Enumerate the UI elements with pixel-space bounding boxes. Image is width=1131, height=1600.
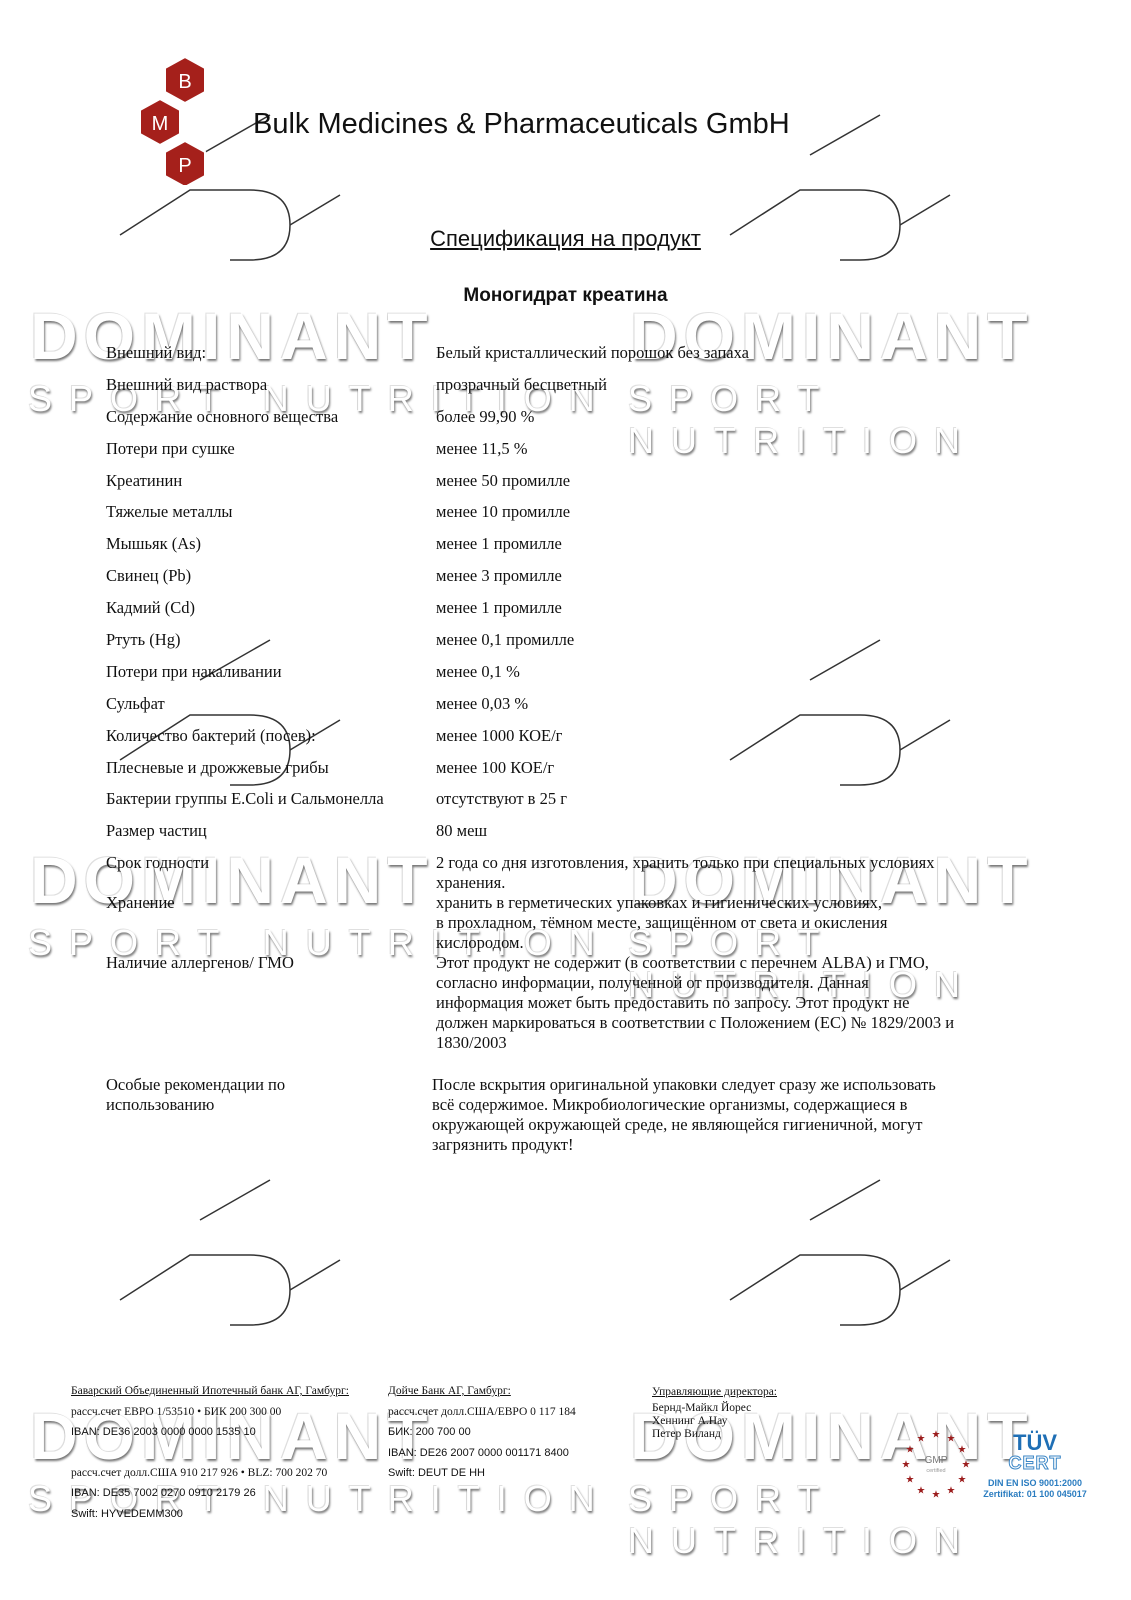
spec-label: Наличие аллергенов/ ГМО (106, 953, 436, 1053)
spec-value: менее 1 промилле (436, 534, 1046, 566)
tuv-cert-badge: TÜV CERT DIN EN ISO 9001:2000 Zertifikat… (980, 1432, 1090, 1500)
svg-text:★: ★ (947, 1485, 956, 1496)
spec-label: Особые рекомендации поиспользованию (106, 1075, 436, 1155)
spec-value-line: кислородом. (436, 933, 1046, 953)
spec-value: более 99,90 % (436, 407, 1046, 439)
directors-block: Управляющие директора: Бернд-Майкл Йорес… (652, 1386, 777, 1441)
bank2-account: рассч.счет долл.США/ЕВРО 0 117 184 (388, 1402, 576, 1423)
bank1-account-eur: рассч.счет ЕВРО 1/53510 • БИК 200 300 00 (71, 1402, 349, 1423)
spec-row: Размер частиц80 меш (106, 821, 1046, 853)
spec-value: Этот продукт не содержит (в соответствии… (436, 953, 1046, 1053)
spec-value-line: Этот продукт не содержит (в соответствии… (436, 953, 1046, 973)
spec-row: Тяжелые металлыменее 10 промилле (106, 502, 1046, 534)
spec-value-line: в прохладном, тёмном месте, защищённом о… (436, 913, 1046, 933)
document-title: Спецификация на продукт (0, 226, 1131, 252)
spec-value: менее 0,1 % (436, 662, 1046, 694)
gmp-sub: certified (926, 1468, 945, 1474)
gmp-certified-badge: ★★★★★★★★★★★★ GMP certified (896, 1424, 976, 1504)
directors-title: Управляющие директора: (652, 1386, 777, 1399)
spec-value-line: хранить в герметических упаковках и гиги… (436, 893, 1046, 913)
spec-label: Ртуть (Hg) (106, 630, 436, 662)
spec-label: Креатинин (106, 471, 436, 503)
spec-row: Внешний вид:Белый кристаллический порошо… (106, 343, 1046, 375)
spec-row: Плесневые и дрожжевые грибыменее 100 КОЕ… (106, 758, 1046, 790)
spec-label: Количество бактерий (посев): (106, 726, 436, 758)
spec-row-multiline: Особые рекомендации поиспользованиюПосле… (106, 1075, 1046, 1155)
spec-value: менее 50 промилле (436, 471, 1046, 503)
spec-value: 2 года со дня изготовления, хранить толь… (436, 853, 1046, 893)
spec-value-line: 2 года со дня изготовления, хранить толь… (436, 853, 1046, 873)
bank1-name: Баварский Объединенный Ипотечный банк АГ… (71, 1381, 349, 1402)
bank1-block: Баварский Объединенный Ипотечный банк АГ… (71, 1381, 349, 1524)
spec-row: Ртуть (Hg)менее 0,1 промилле (106, 630, 1046, 662)
bank2-name: Дойче Банк АГ, Гамбург: (388, 1381, 576, 1402)
spec-value: После вскрытия оригинальной упаковки сле… (432, 1075, 1046, 1155)
spec-label: Хранение (106, 893, 436, 953)
spec-label: Содержание основного вещества (106, 407, 436, 439)
spec-row: Сульфатменее 0,03 % (106, 694, 1046, 726)
spec-value-line: информация может быть предоставить по за… (436, 993, 1046, 1013)
spec-value-line: всё содержимое. Микробиологические орган… (432, 1095, 1046, 1115)
dominant-d-logo-icon (700, 1160, 960, 1360)
logo-letter-p: P (178, 155, 191, 177)
bank1-account-usd: рассч.счет долл.США 910 217 926 • BLZ: 7… (71, 1463, 349, 1484)
svg-text:★: ★ (906, 1445, 915, 1456)
spec-label: Внешний вид раствора (106, 375, 436, 407)
bmp-logo-icon: B M P (130, 55, 220, 185)
bank2-iban: IBAN: DE26 2007 0000 001171 8400 (388, 1443, 576, 1464)
bank2-bik: БИК: 200 700 00 (388, 1422, 576, 1443)
spec-label: Кадмий (Cd) (106, 598, 436, 630)
logo-letter-b: B (178, 71, 191, 93)
bank2-swift: Swift: DEUT DE HH (388, 1463, 576, 1484)
spec-row: Внешний вид растворапрозрачный бесцветны… (106, 375, 1046, 407)
spec-row-multiline: Хранениехранить в герметических упаковка… (106, 893, 1046, 953)
spec-label: Внешний вид: (106, 343, 436, 375)
spec-row: Содержание основного веществаболее 99,90… (106, 407, 1046, 439)
bank2-block: Дойче Банк АГ, Гамбург: рассч.счет долл.… (388, 1381, 576, 1484)
spec-value-line: должен маркироваться в соответствии с По… (436, 1013, 1046, 1033)
spec-row: Мышьяк (As)менее 1 промилле (106, 534, 1046, 566)
spec-label: Потери при накаливании (106, 662, 436, 694)
spec-value: менее 10 промилле (436, 502, 1046, 534)
spec-value-line: согласно информации, полученной от произ… (436, 973, 1046, 993)
svg-text:★: ★ (932, 1430, 941, 1441)
svg-text:★: ★ (957, 1475, 966, 1486)
spec-value: менее 100 КОЕ/г (436, 758, 1046, 790)
spec-simple-rows: Внешний вид:Белый кристаллический порошо… (106, 343, 1046, 853)
spec-row: Потери при сушкеменее 11,5 % (106, 439, 1046, 471)
svg-text:★: ★ (947, 1434, 956, 1445)
spec-label: Плесневые и дрожжевые грибы (106, 758, 436, 790)
bank1-swift: Swift: HYVEDEMM300 (71, 1504, 349, 1525)
spec-label: Сульфат (106, 694, 436, 726)
tuv-iso-standard: DIN EN ISO 9001:2000 (980, 1478, 1090, 1489)
dominant-d-logo-icon (90, 1160, 350, 1360)
svg-text:★: ★ (932, 1490, 941, 1501)
director-name: Бернд-Майкл Йорес (652, 1402, 777, 1415)
spec-label-line: использованию (106, 1095, 436, 1115)
spec-value: менее 0,03 % (436, 694, 1046, 726)
spec-row: Креатининменее 50 промилле (106, 471, 1046, 503)
spec-row: Кадмий (Cd)менее 1 промилле (106, 598, 1046, 630)
spec-row: Количество бактерий (посев):менее 1000 К… (106, 726, 1046, 758)
spec-value-line: хранения. (436, 873, 1046, 893)
spec-value: хранить в герметических упаковках и гиги… (436, 893, 1046, 953)
spec-label: Размер частиц (106, 821, 436, 853)
spec-value: менее 3 промилле (436, 566, 1046, 598)
spec-value: менее 0,1 промилле (436, 630, 1046, 662)
bank1-iban-eur: IBAN: DE36 2003 0000 0000 1535 10 (71, 1422, 349, 1443)
svg-text:★: ★ (902, 1460, 911, 1471)
spec-row: Бактерии группы E.Coli и Сальмонеллаотсу… (106, 789, 1046, 821)
spec-label: Бактерии группы E.Coli и Сальмонелла (106, 789, 436, 821)
tuv-logo: TÜV (980, 1432, 1090, 1454)
spec-row-multiline: Срок годности2 года со дня изготовления,… (106, 853, 1046, 893)
svg-text:★: ★ (917, 1434, 926, 1445)
product-name: Моногидрат креатина (0, 285, 1131, 307)
svg-text:★: ★ (917, 1485, 926, 1496)
spec-value-line: загрязнить продукт! (432, 1135, 1046, 1155)
spec-label: Потери при сушке (106, 439, 436, 471)
company-name: Bulk Medicines & Pharmaceuticals GmbH (253, 108, 790, 141)
spec-value: Белый кристаллический порошок без запаха (436, 343, 1046, 375)
director-name: Петер Виланд (652, 1428, 777, 1441)
spec-label: Мышьяк (As) (106, 534, 436, 566)
spec-row-multiline: Наличие аллергенов/ ГМОЭтот продукт не с… (106, 953, 1046, 1053)
logo-letter-m: M (152, 113, 169, 135)
gmp-label: GMP (925, 1455, 948, 1466)
spec-label: Свинец (Pb) (106, 566, 436, 598)
tuv-cert-logo: CERT (980, 1454, 1090, 1472)
svg-text:★: ★ (957, 1445, 966, 1456)
spec-label: Срок годности (106, 853, 436, 893)
spec-table: Внешний вид:Белый кристаллический порошо… (106, 343, 1046, 1155)
spec-row: Свинец (Pb)менее 3 промилле (106, 566, 1046, 598)
spec-value: менее 11,5 % (436, 439, 1046, 471)
spec-value-line: После вскрытия оригинальной упаковки сле… (432, 1075, 1046, 1095)
svg-text:★: ★ (906, 1475, 915, 1486)
spec-value: 80 меш (436, 821, 1046, 853)
spec-long-rows: Срок годности2 года со дня изготовления,… (106, 853, 1046, 1155)
spec-value: менее 1 промилле (436, 598, 1046, 630)
spec-label-line: Особые рекомендации по (106, 1075, 436, 1095)
tuv-certificate-number: Zertifikat: 01 100 045017 (980, 1489, 1090, 1500)
svg-text:★: ★ (962, 1460, 971, 1471)
spec-value-line: 1830/2003 (436, 1033, 1046, 1053)
spec-row: Потери при накаливаниименее 0,1 % (106, 662, 1046, 694)
bank1-iban-usd: IBAN: DE35 7002 0270 0910 2179 26 (71, 1483, 349, 1504)
spec-value: менее 1000 КОЕ/г (436, 726, 1046, 758)
document-title-text: Спецификация на продукт (430, 226, 701, 251)
spec-value-line: окружающей окружающей среде, не являющей… (432, 1115, 1046, 1135)
spec-value: отсутствуют в 25 г (436, 789, 1046, 821)
spec-value: прозрачный бесцветный (436, 375, 1046, 407)
director-name: Хеннинг А.Нау (652, 1415, 777, 1428)
spec-label: Тяжелые металлы (106, 502, 436, 534)
